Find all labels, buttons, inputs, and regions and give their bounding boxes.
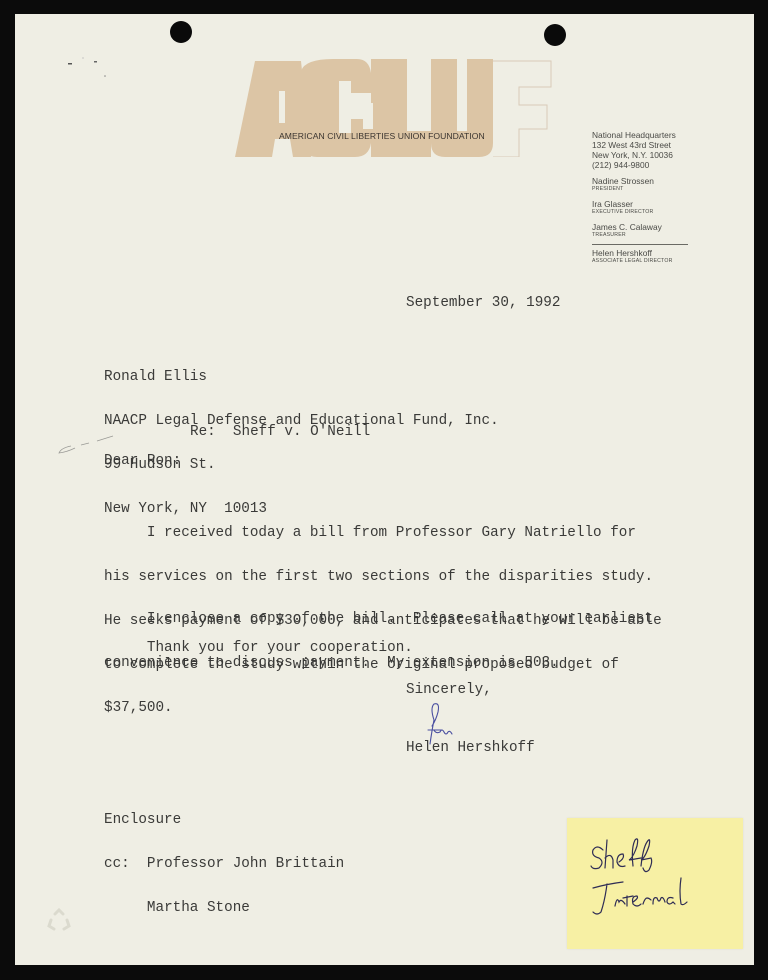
closing: Sincerely, — [406, 683, 492, 698]
paragraph-line: I received today a bill from Professor G… — [104, 526, 662, 541]
headquarters-address: National Headquarters 132 West 43rd Stre… — [592, 130, 702, 170]
signatory-title: Associate Legal Director — [592, 258, 702, 265]
hole-punch-left — [170, 21, 192, 43]
signer-name: Helen Hershkoff — [406, 741, 535, 756]
aclu-foundation-logo: AMERICAN CIVIL LIBERTIES UNION FOUNDATIO… — [235, 47, 565, 157]
address-city: New York, N.Y. 10036 — [592, 150, 702, 160]
officer: Ira Glasser Executive Director — [592, 199, 702, 216]
pen-mark — [53, 426, 128, 456]
masthead-divider — [592, 244, 688, 245]
sticky-note-handwriting — [567, 818, 743, 949]
officer: Nadine Strossen President — [592, 176, 702, 193]
cc-recipient: Martha Stone — [147, 900, 250, 916]
letter-page: AMERICAN CIVIL LIBERTIES UNION FOUNDATIO… — [15, 14, 754, 965]
cc-line: Martha Stone — [104, 901, 344, 916]
signatory-name: Helen Hershkoff — [592, 248, 702, 258]
signatory-block: Helen Hershkoff Associate Legal Director — [592, 248, 702, 265]
masthead: National Headquarters 132 West 43rd Stre… — [592, 130, 702, 265]
recipient-line: Ronald Ellis — [104, 370, 499, 385]
re-line: Re: Sheff v. O'Neill — [190, 425, 370, 440]
letter-date: September 30, 1992 — [406, 296, 560, 311]
enclosure-block: Enclosure cc: Professor John Brittain Ma… — [104, 784, 344, 945]
organization-name: AMERICAN CIVIL LIBERTIES UNION FOUNDATIO… — [279, 131, 485, 141]
salutation: Dear Ron: — [104, 454, 181, 469]
re-subject: Sheff v. O'Neill — [233, 424, 370, 440]
re-label: Re: — [190, 424, 216, 440]
officer-title: Executive Director — [592, 209, 702, 216]
recycle-icon — [46, 908, 72, 934]
officer: James C. Calaway Treasurer — [592, 222, 702, 239]
address-label: National Headquarters — [592, 130, 702, 140]
officer-title: Treasurer — [592, 232, 702, 239]
sticky-note: Sheff Internal — [567, 818, 743, 949]
address-phone: (212) 944-9800 — [592, 160, 702, 170]
paragraph-line: Thank you for your cooperation. — [104, 641, 413, 656]
officer-title: President — [592, 186, 702, 193]
paragraph-line: $37,500. — [104, 701, 662, 716]
officer-name: Nadine Strossen — [592, 176, 702, 186]
paragraph-3: Thank you for your cooperation. — [104, 612, 413, 685]
enclosure-label: Enclosure — [104, 813, 344, 828]
officer-name: James C. Calaway — [592, 222, 702, 232]
officer-name: Ira Glasser — [592, 199, 702, 209]
hole-punch-right — [544, 24, 566, 46]
paper-specks — [45, 44, 125, 84]
address-street: 132 West 43rd Street — [592, 140, 702, 150]
cc-line: cc: Professor John Brittain — [104, 857, 344, 872]
cc-recipient: Professor John Brittain — [147, 856, 344, 872]
cc-label: cc: — [104, 856, 130, 872]
